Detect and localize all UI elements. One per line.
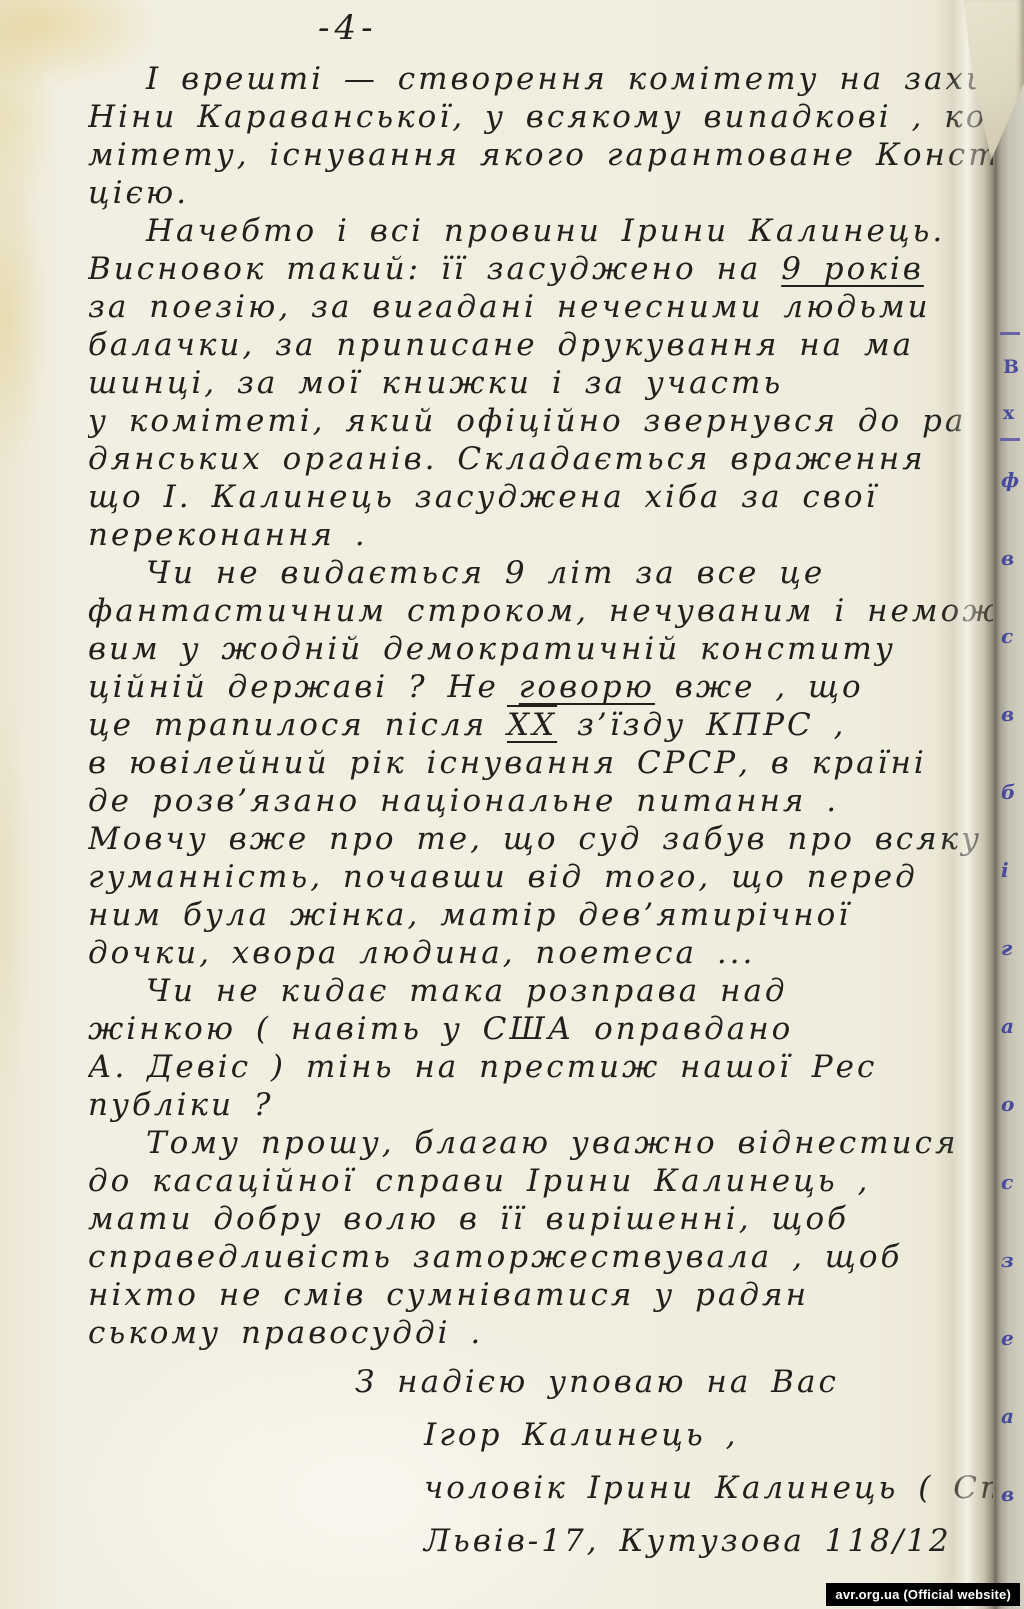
signature-closing: З надією уповаю на Вас	[88, 1356, 993, 1409]
adjacent-page-text-fragment: в	[1001, 548, 1014, 568]
signature-line: Ігор Калинець ,	[88, 1409, 993, 1462]
handwriting-text: в ювілейний рік існування СРСР, в країні	[88, 745, 927, 781]
handwriting-line: цією.	[88, 174, 993, 212]
handwriting-line: Чи не кидає така розправа над	[88, 972, 993, 1010]
handwriting-text: Тому прошу, благаю уважно віднестися	[146, 1125, 959, 1161]
adjacent-page-text-fragment: ф	[1001, 470, 1019, 490]
scanned-letter-page: -4- І врешті — створення комітету на зах…	[0, 0, 1024, 1609]
handwriting-lines: І врешті — створення комітету на захистН…	[88, 60, 993, 1352]
handwriting-line: ним була жінка, матір дев’ятирічної	[88, 896, 993, 934]
handwriting-text: І врешті — створення комітету на захист	[146, 61, 993, 97]
handwriting-text: що І. Калинець засуджена хіба за свої	[88, 479, 878, 515]
handwriting-line: жінкою ( навіть у США оправдано	[88, 1010, 993, 1048]
handwriting-text: мати добру волю в її вирішенні, щоб	[88, 1201, 849, 1237]
handwriting-line: вим у жодній демократичній конститу	[88, 630, 993, 668]
handwriting-text: жінкою ( навіть у США оправдано	[88, 1011, 793, 1047]
stamp-line	[1000, 332, 1020, 335]
handwriting-line: в ювілейний рік існування СРСР, в країні	[88, 744, 993, 782]
adjacent-page-text-fragment: і	[1001, 860, 1009, 880]
handwriting-text: Висновок такий: її засуджено на	[88, 251, 781, 287]
handwriting-text: ському правосудді .	[88, 1315, 483, 1351]
handwriting-line: за поезію, за вигадані нечесними людьми	[88, 288, 993, 326]
signature-line: Львів-17, Кутузова 118/12	[88, 1515, 993, 1568]
handwriting-line: це трапилося після XX з’їзду КПРС ,	[88, 706, 993, 744]
handwriting-text: цією.	[88, 175, 189, 211]
handwriting-text: шинці, за мої книжки і за участь	[88, 365, 783, 401]
handwriting-line: ському правосудді .	[88, 1314, 993, 1352]
handwriting-line: І врешті — створення комітету на захист	[88, 60, 993, 98]
adjacent-page-text-fragment: в	[1001, 1484, 1014, 1504]
handwriting-line: Висновок такий: її засуджено на 9 років	[88, 250, 993, 288]
stamp-line	[1000, 438, 1020, 441]
handwriting-line: шинці, за мої книжки і за участь	[88, 364, 993, 402]
handwriting-text: А. Девіс ) тінь на престиж нашої Рес	[88, 1049, 877, 1085]
handwriting-line: Ніни Караванської, у всякому випадкові ,…	[88, 98, 993, 136]
handwriting-text: ним була жінка, матір дев’ятирічної	[88, 897, 851, 933]
handwriting-line: дянських органів. Складається враження	[88, 440, 993, 478]
handwriting-text: до касаційної справи Ірини Калинець ,	[88, 1163, 870, 1199]
signature-line: чоловік Ірини Калинець ( Стасів	[88, 1462, 993, 1515]
handwriting-line: Чи не видається 9 літ за все це	[88, 554, 993, 592]
handwriting-text: Чи не кидає така розправа над	[146, 973, 788, 1009]
handwriting-text: за поезію, за вигадані нечесними людьми	[88, 289, 931, 325]
handwriting-line: до касаційної справи Ірини Калинець ,	[88, 1162, 993, 1200]
stamp-letter: В	[1003, 356, 1019, 378]
adjacent-page-text-fragment: в	[1001, 704, 1014, 724]
adjacent-page-text-fragment: о	[1001, 1094, 1014, 1114]
handwriting-text: переконання .	[88, 517, 368, 553]
handwriting-text: гуманність, почавши від того, що перед	[88, 859, 918, 895]
emphasized-term: говорю	[519, 669, 655, 705]
handwriting-text: мітету, існування якого гарантоване Конс…	[88, 137, 993, 173]
handwriting-line: балачки, за приписане друкування на ма	[88, 326, 993, 364]
handwriting-line: дочки, хвора людина, поетеса ...	[88, 934, 993, 972]
handwriting-text: де розв’язано національне питання .	[88, 783, 839, 819]
handwriting-area: І врешті — створення комітету на захистН…	[88, 60, 993, 1605]
watermark-badge: avr.org.ua (Official website)	[826, 1583, 1020, 1606]
handwriting-text: фантастичним строком, нечуваним і неможл…	[88, 593, 993, 629]
signature-block: З надією уповаю на ВасІгор Калинець ,чол…	[88, 1356, 993, 1568]
adjacent-page-text-fragment: с	[1001, 626, 1013, 646]
handwriting-line: мітету, існування якого гарантоване Конс…	[88, 136, 993, 174]
handwriting-line: переконання .	[88, 516, 993, 554]
handwriting-line: Начебто і всі провини Ірини Калинець.	[88, 212, 993, 250]
handwriting-line: фантастичним строком, нечуваним і неможл…	[88, 592, 993, 630]
handwriting-line: справедливість заторжествувала , щоб	[88, 1238, 993, 1276]
handwriting-line: мати добру волю в її вирішенні, щоб	[88, 1200, 993, 1238]
handwriting-line: Мовчу вже про те, що суд забув про всяку	[88, 820, 993, 858]
handwriting-line: ніхто не смів сумніватися у радян	[88, 1276, 993, 1314]
page-number: -4-	[318, 8, 378, 48]
handwriting-text: з’їзду КПРС ,	[557, 707, 846, 743]
handwriting-text: вже , що	[655, 669, 864, 705]
handwriting-text: ніхто не смів сумніватися у радян	[88, 1277, 809, 1313]
adjacent-page-text-fragment: с	[1001, 1172, 1013, 1192]
adjacent-page-text-fragment: а	[1001, 1016, 1014, 1036]
handwriting-line: публіки ?	[88, 1086, 993, 1124]
emphasized-term: 9 років	[781, 251, 924, 287]
handwriting-line: що І. Калинець засуджена хіба за свої	[88, 478, 993, 516]
handwriting-text: вим у жодній демократичній конститу	[88, 631, 896, 667]
handwriting-text: справедливість заторжествувала , щоб	[88, 1239, 902, 1275]
handwriting-line: ційній державі ? Не говорю вже , що	[88, 668, 993, 706]
handwriting-text: дочки, хвора людина, поетеса ...	[88, 935, 755, 971]
adjacent-page-edge: Вхфвсвбігаосзеав	[996, 0, 1024, 1609]
stamp-letter: х	[1003, 402, 1014, 424]
adjacent-page-text-fragment: е	[1001, 1328, 1014, 1348]
handwriting-text: публіки ?	[88, 1087, 273, 1123]
handwriting-text: Мовчу вже про те, що суд забув про всяку	[88, 821, 982, 857]
handwriting-text: балачки, за приписане друкування на ма	[88, 327, 914, 363]
emphasized-term: XX	[507, 707, 557, 743]
handwriting-line: А. Девіс ) тінь на престиж нашої Рес	[88, 1048, 993, 1086]
handwriting-line: Тому прошу, благаю уважно віднестися	[88, 1124, 993, 1162]
adjacent-page-text-fragment: а	[1001, 1406, 1014, 1426]
handwriting-text: дянських органів. Складається враження	[88, 441, 926, 477]
adjacent-page-text-fragment: з	[1001, 1250, 1014, 1270]
handwriting-text: у комітеті, який офіційно звернувся до р…	[88, 403, 966, 439]
handwriting-text: Начебто і всі провини Ірини Калинець.	[146, 213, 945, 249]
handwriting-text: Ніни Караванської, у всякому випадкові ,…	[88, 99, 987, 135]
adjacent-page-text-fragment: б	[1001, 782, 1015, 802]
handwriting-line: у комітеті, який офіційно звернувся до р…	[88, 402, 993, 440]
handwriting-text: ційній державі ? Не	[88, 669, 519, 705]
handwriting-text: це трапилося після	[88, 707, 507, 743]
handwriting-line: гуманність, почавши від того, що перед	[88, 858, 993, 896]
adjacent-page-text-fragment: г	[1001, 938, 1012, 958]
handwriting-text: Чи не видається 9 літ за все це	[146, 555, 825, 591]
handwriting-line: де розв’язано національне питання .	[88, 782, 993, 820]
